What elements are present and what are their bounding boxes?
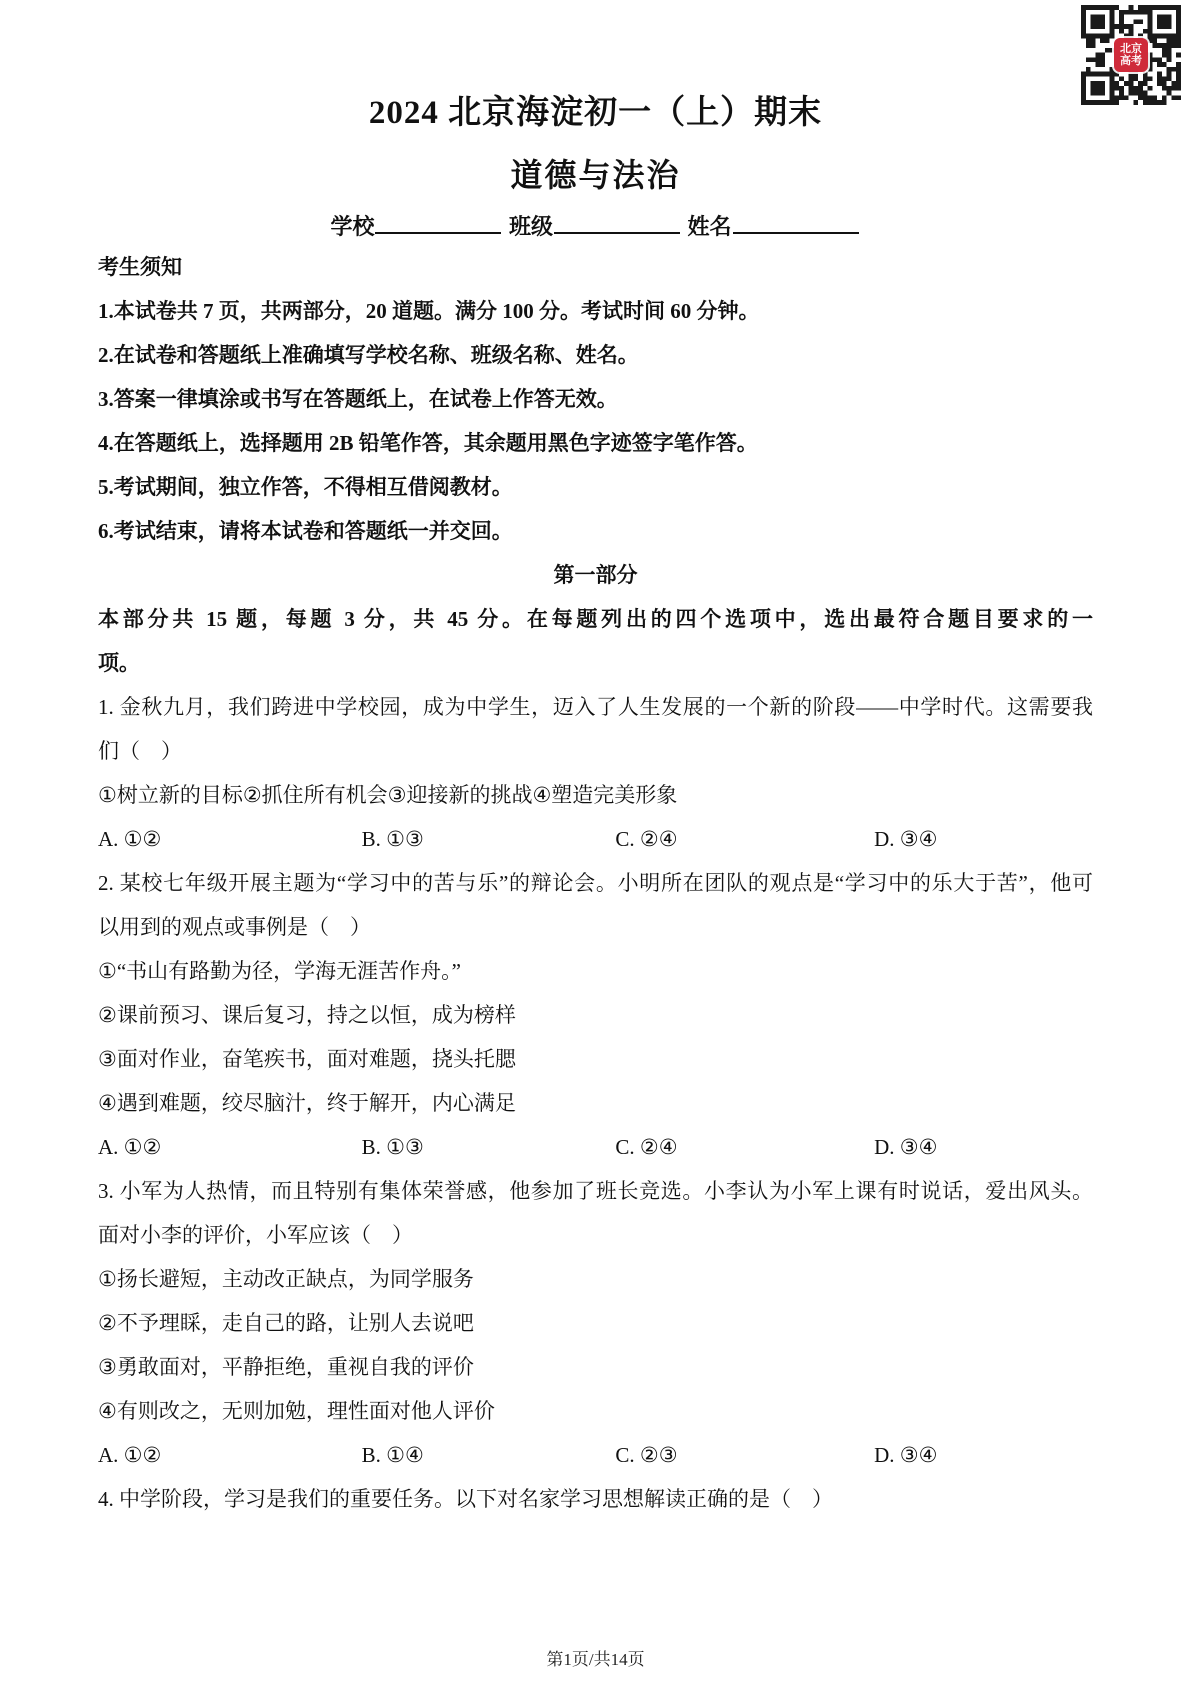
part1-intro-line2: 项。 (98, 641, 1093, 685)
question-1-option-a: A. ①② (98, 817, 362, 861)
class-label: 班级 (509, 214, 553, 239)
name-label: 姓名 (688, 214, 732, 239)
question-2-option-a: A. ①② (98, 1125, 362, 1169)
question-3-item-4: ④有则改之，无则加勉，理性面对他人评价 (98, 1389, 1093, 1433)
notice-item-1: 1.本试卷共 7 页，共两部分，20 道题。满分 100 分。考试时间 60 分… (98, 289, 1093, 333)
student-info-line: 学校 班级 姓名 (0, 210, 1191, 241)
question-2-stem-continued: 以用到的观点或事例是（ ） (98, 905, 1093, 949)
name-blank-field (733, 212, 859, 234)
page-title: 2024 北京海淀初一（上）期末 (0, 86, 1191, 133)
qr-badge: 北京 高考 (1114, 38, 1148, 72)
notice-heading: 考生须知 (98, 245, 1093, 289)
question-3-item-1: ①扬长避短，主动改正缺点，为同学服务 (98, 1257, 1093, 1301)
question-1-stem-continued: 们（ ） (98, 729, 1093, 773)
question-1-option-b: B. ①③ (362, 817, 616, 861)
question-1-stem: 1. 金秋九月，我们跨进中学校园，成为中学生，迈入了人生发展的一个新的阶段——中… (98, 685, 1093, 729)
question-2-item-3: ③面对作业，奋笔疾书，面对难题，挠头托腮 (98, 1037, 1093, 1081)
school-blank-field (375, 212, 501, 234)
question-1-option-d: D. ③④ (874, 817, 1093, 861)
question-1-option-c: C. ②④ (615, 817, 874, 861)
question-2-option-b: B. ①③ (362, 1125, 616, 1169)
question-3-option-c: C. ②③ (615, 1433, 874, 1477)
part1-heading: 第一部分 (98, 553, 1093, 597)
question-2-option-c: C. ②④ (615, 1125, 874, 1169)
question-2-item-4: ④遇到难题，绞尽脑汁，终于解开，内心满足 (98, 1081, 1093, 1125)
notice-item-2: 2.在试卷和答题纸上准确填写学校名称、班级名称、姓名。 (98, 333, 1093, 377)
question-1-item-1234: ①树立新的目标②抓住所有机会③迎接新的挑战④塑造完美形象 (98, 773, 1093, 817)
question-3-item-2: ②不予理睬，走自己的路，让别人去说吧 (98, 1301, 1093, 1345)
qr-badge-text-line1: 北京 (1120, 43, 1142, 55)
notice-item-3: 3.答案一律填涂或书写在答题纸上，在试卷上作答无效。 (98, 377, 1093, 421)
class-blank-field (554, 212, 680, 234)
question-3-stem-continued: 面对小李的评价，小军应该（ ） (98, 1213, 1093, 1257)
question-3-item-3: ③勇敢面对，平静拒绝，重视自我的评价 (98, 1345, 1093, 1389)
exam-body: 考生须知 1.本试卷共 7 页，共两部分，20 道题。满分 100 分。考试时间… (98, 245, 1093, 1521)
question-3-option-d: D. ③④ (874, 1433, 1093, 1477)
qr-badge-text-line2: 高考 (1120, 55, 1142, 67)
question-2-item-1: ①“书山有路勤为径，学海无涯苦作舟。” (98, 949, 1093, 993)
question-2-item-2: ②课前预习、课后复习，持之以恒，成为榜样 (98, 993, 1093, 1037)
notice-item-5: 5.考试期间，独立作答，不得相互借阅教材。 (98, 465, 1093, 509)
notice-item-6: 6.考试结束，请将本试卷和答题纸一并交回。 (98, 509, 1093, 553)
question-3-option-b: B. ①④ (362, 1433, 616, 1477)
question-4-stem: 4. 中学阶段，学习是我们的重要任务。以下对名家学习思想解读正确的是（ ） (98, 1477, 1093, 1521)
school-label: 学校 (330, 214, 374, 239)
part1-intro-line1: 本部分共 15 题，每题 3 分，共 45 分。在每题列出的四个选项中，选出最符… (98, 597, 1093, 641)
question-3-options-row: A. ①② B. ①④ C. ②③ D. ③④ (98, 1433, 1093, 1477)
question-1-options-row: A. ①② B. ①③ C. ②④ D. ③④ (98, 817, 1093, 861)
question-2-stem: 2. 某校七年级开展主题为“学习中的苦与乐”的辩论会。小明所在团队的观点是“学习… (98, 861, 1093, 905)
notice-item-4: 4.在答题纸上，选择题用 2B 铅笔作答，其余题用黑色字迹签字笔作答。 (98, 421, 1093, 465)
page-subtitle: 道德与法治 (0, 150, 1191, 196)
question-2-options-row: A. ①② B. ①③ C. ②④ D. ③④ (98, 1125, 1093, 1169)
question-3-stem: 3. 小军为人热情，而且特别有集体荣誉感，他参加了班长竞选。小李认为小军上课有时… (98, 1169, 1093, 1213)
question-3-option-a: A. ①② (98, 1433, 362, 1477)
question-2-option-d: D. ③④ (874, 1125, 1093, 1169)
exam-paper-page: 北京 高考 2024 北京海淀初一（上）期末 道德与法治 学校 班级 姓名 考生… (0, 0, 1191, 1684)
page-number: 第1页/共14页 (0, 1645, 1191, 1670)
